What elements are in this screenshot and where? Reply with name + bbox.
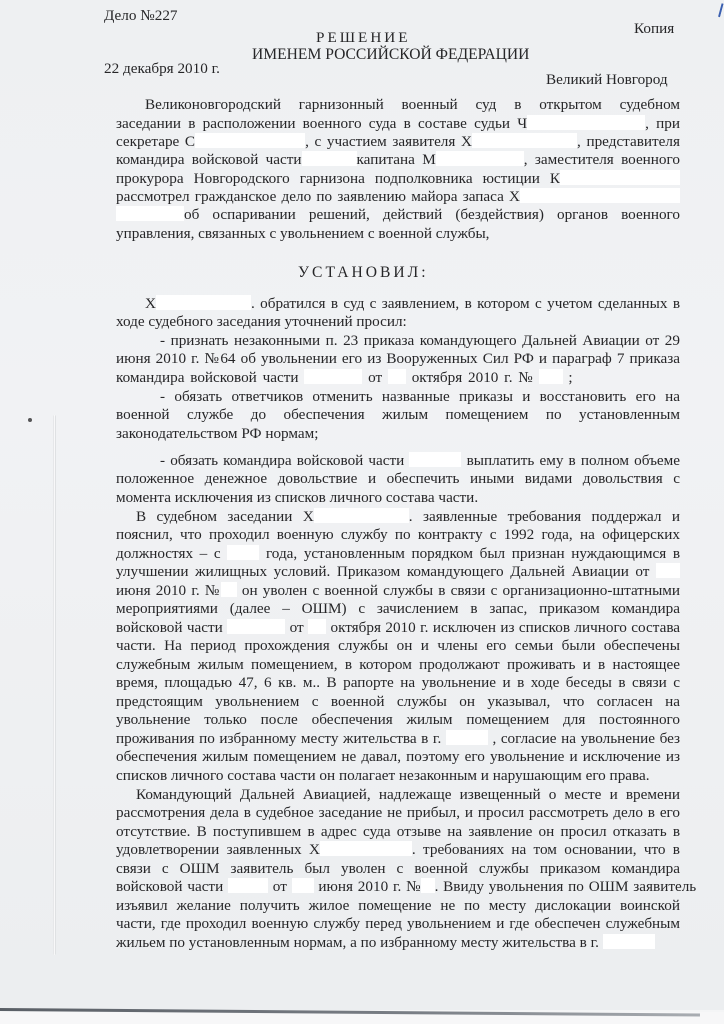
- body-line: войсковой части от октября 2010 г. исклю…: [116, 619, 680, 637]
- copy-mark: Копия: [634, 20, 674, 38]
- intro-line: заседании в расположении военного суда в…: [116, 115, 680, 133]
- intro-line: прокурора Новгородского гарнизона подпол…: [116, 170, 680, 188]
- redaction: [221, 582, 237, 597]
- redaction: [302, 151, 357, 166]
- redaction: [320, 841, 412, 856]
- body-line: пояснил, что проходил военную службу по …: [116, 526, 680, 544]
- intro-line: Великоновгородский гарнизонный военный с…: [145, 96, 680, 114]
- redaction: [195, 133, 305, 148]
- body-line: отсутствие. В поступившем в адрес суда о…: [116, 823, 680, 841]
- body-line: списков личного состава части он полагае…: [116, 767, 680, 785]
- redaction: [308, 619, 326, 634]
- redaction: [539, 369, 563, 384]
- body-line: рассмотрения дела в судебное заседание н…: [116, 804, 680, 822]
- body-line: военной службе до обеспечения жилым поме…: [116, 406, 680, 424]
- body-line: предстоящим увольнением с военной службы…: [116, 693, 680, 711]
- redaction: [409, 452, 461, 467]
- body-line: июня 2010 г. №64 об увольнении его из Во…: [116, 350, 680, 368]
- body-line: жильем по установленным нормам, а по изб…: [116, 934, 680, 952]
- body-line: служебным жилым помещением, в котором пр…: [116, 656, 680, 674]
- body-line: - обязать ответчиков отменить названные …: [160, 388, 680, 406]
- redaction: [527, 115, 645, 130]
- intro-line: управления, связанных с увольнением с во…: [116, 225, 680, 243]
- redaction: [227, 545, 259, 560]
- document-date: 22 декабря 2010 г.: [104, 60, 220, 78]
- redaction: [472, 133, 577, 148]
- intro-line: об оспаривании решений, действий (бездей…: [116, 206, 680, 224]
- case-number: Дело №227: [104, 7, 178, 25]
- redaction: [292, 878, 314, 893]
- intro-line: рассмотрел гражданское дело по заявлению…: [116, 188, 680, 206]
- redaction: [228, 878, 268, 893]
- intro-line: командира войсковой частикапитана М, зам…: [116, 151, 680, 169]
- document-city: Великий Новгород: [546, 71, 668, 89]
- redaction: [314, 508, 409, 523]
- document-title: РЕШЕНИЕ: [316, 29, 411, 47]
- redaction: [388, 369, 406, 384]
- intro-line: секретаре С, с участием заявителя Х, пре…: [116, 133, 680, 151]
- body-line: проживания по избранному месту жительств…: [116, 730, 680, 748]
- body-line: время, площадью 47, 6 кв. м.. В рапорте …: [116, 674, 680, 692]
- body-line: обеспечения жилым помещением не давал, п…: [116, 748, 680, 766]
- redaction: [603, 934, 655, 949]
- body-line: ходе судебного заседания уточнений проси…: [116, 313, 680, 331]
- body-line: части, где проходил военную службу перед…: [116, 915, 680, 933]
- body-line: мероприятиями (далее – ОШМ) с зачисление…: [116, 600, 680, 618]
- redaction: [156, 295, 251, 310]
- body-line: улучшении жилищных условий. Приказом ком…: [116, 563, 680, 581]
- redaction: [656, 563, 680, 578]
- body-line: Командующий Дальней Авиацией, надлежаще …: [136, 786, 680, 804]
- body-line: войсковой части от июня 2010 г. №. Ввиду…: [116, 878, 680, 896]
- body-line: - обязать командира войсковой части выпл…: [160, 452, 680, 470]
- redaction: [520, 188, 680, 203]
- redaction: [304, 369, 362, 384]
- body-line: изъявил желание получить жилое помещение…: [116, 897, 680, 915]
- body-line: командира войсковой части от октября 201…: [116, 369, 680, 387]
- body-line: связи с ОШМ заявитель был уволен с военн…: [116, 860, 680, 878]
- paper-fold-line: [53, 415, 56, 955]
- body-line: должностях – с года, установленным поряд…: [116, 545, 680, 563]
- body-line: июня 2010 г. № он уволен с военной служб…: [116, 582, 680, 600]
- body-line: увольнение только после обеспечения жилы…: [116, 711, 680, 729]
- redaction: [116, 206, 184, 221]
- body-line: Х. обратился в суд с заявлением, в котор…: [145, 295, 680, 313]
- body-line: - признать незаконными п. 23 приказа ком…: [160, 332, 680, 350]
- body-line: положенное денежное довольствие и обеспе…: [116, 470, 680, 488]
- document-subtitle: ИМЕНЕМ РОССИЙСКОЙ ФЕДЕРАЦИИ: [252, 46, 529, 64]
- redaction: [227, 619, 285, 634]
- body-line: В судебном заседании Х. заявленные требо…: [136, 508, 680, 526]
- body-line: момента исключения из списков личного со…: [116, 489, 680, 507]
- redaction: [436, 151, 524, 166]
- redaction: [560, 170, 680, 185]
- section-title: УСТАНОВИЛ:: [298, 264, 429, 282]
- body-line: законодательством РФ нормам;: [116, 425, 680, 443]
- redaction: [421, 878, 435, 893]
- dust-speck: [28, 418, 32, 422]
- body-line: удовлетворении заявленных Х. требованиях…: [116, 841, 680, 859]
- redaction: [446, 730, 488, 745]
- body-line: части. На период прохождения службы он и…: [116, 637, 680, 655]
